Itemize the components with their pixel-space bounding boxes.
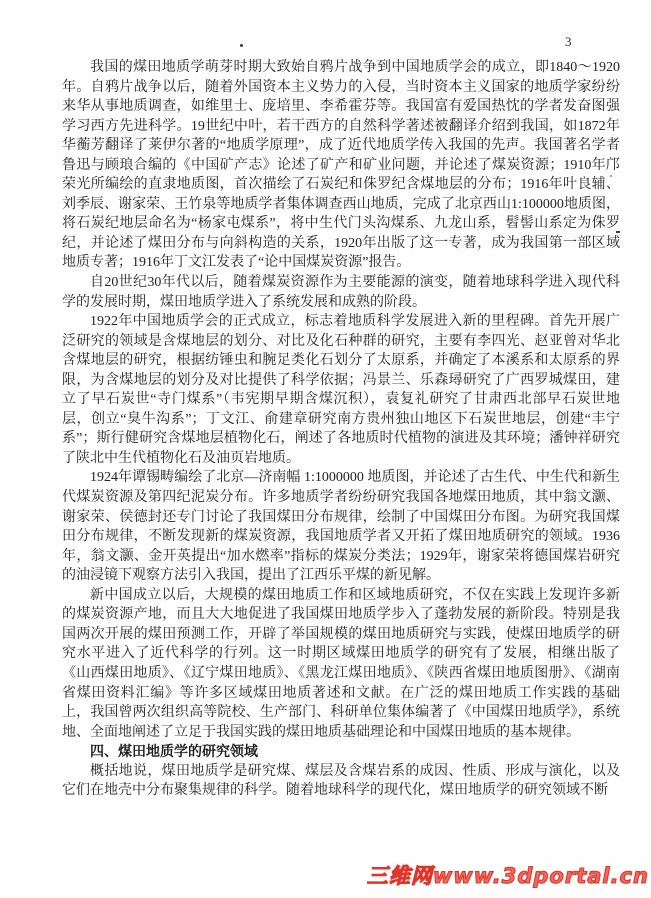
- paragraph-history-origin: 我国的煤田地质学萌芽时期大致始自鸦片战争到中国地质学会的成立，即1840～192…: [62, 58, 620, 273]
- document-page: 3 我国的煤田地质学萌芽时期大致始自鸦片战争到中国地质学会的成立，即1840～1…: [0, 0, 651, 898]
- scan-artifact: [240, 44, 243, 47]
- paragraph-definition: 概括地说，煤田地质学是研究煤、煤层及含煤岩系的成因、性质、形成与演化，以及它们在…: [62, 762, 620, 801]
- section-heading-research-fields: 四、煤田地质学的研究领域: [62, 742, 620, 762]
- paragraph-1924-map: 1924年谭锡畴编绘了北京—济南幅 1:1000000 地质图，并论述了古生代、…: [62, 468, 620, 585]
- paragraph-1922-society: 1922年中国地质学会的正式成立，标志着地质科学发展进入新的里程碑。首先开展广泛…: [62, 312, 620, 468]
- watermark-3dportal: 三维网www.3dportal.cn: [367, 860, 649, 890]
- paragraph-1930s: 自20世纪30年代以后，随着煤炭资源作为主要能源的演变，随着地球科学进入现代科学…: [62, 273, 620, 312]
- body-text: 我国的煤田地质学萌芽时期大致始自鸦片战争到中国地质学会的成立，即1840～192…: [62, 58, 620, 801]
- paragraph-new-china: 新中国成立以后，大规模的煤田地质工作和区域地质研究，不仅在实践上发现许多新的煤炭…: [62, 586, 620, 742]
- page-number: 3: [565, 34, 572, 50]
